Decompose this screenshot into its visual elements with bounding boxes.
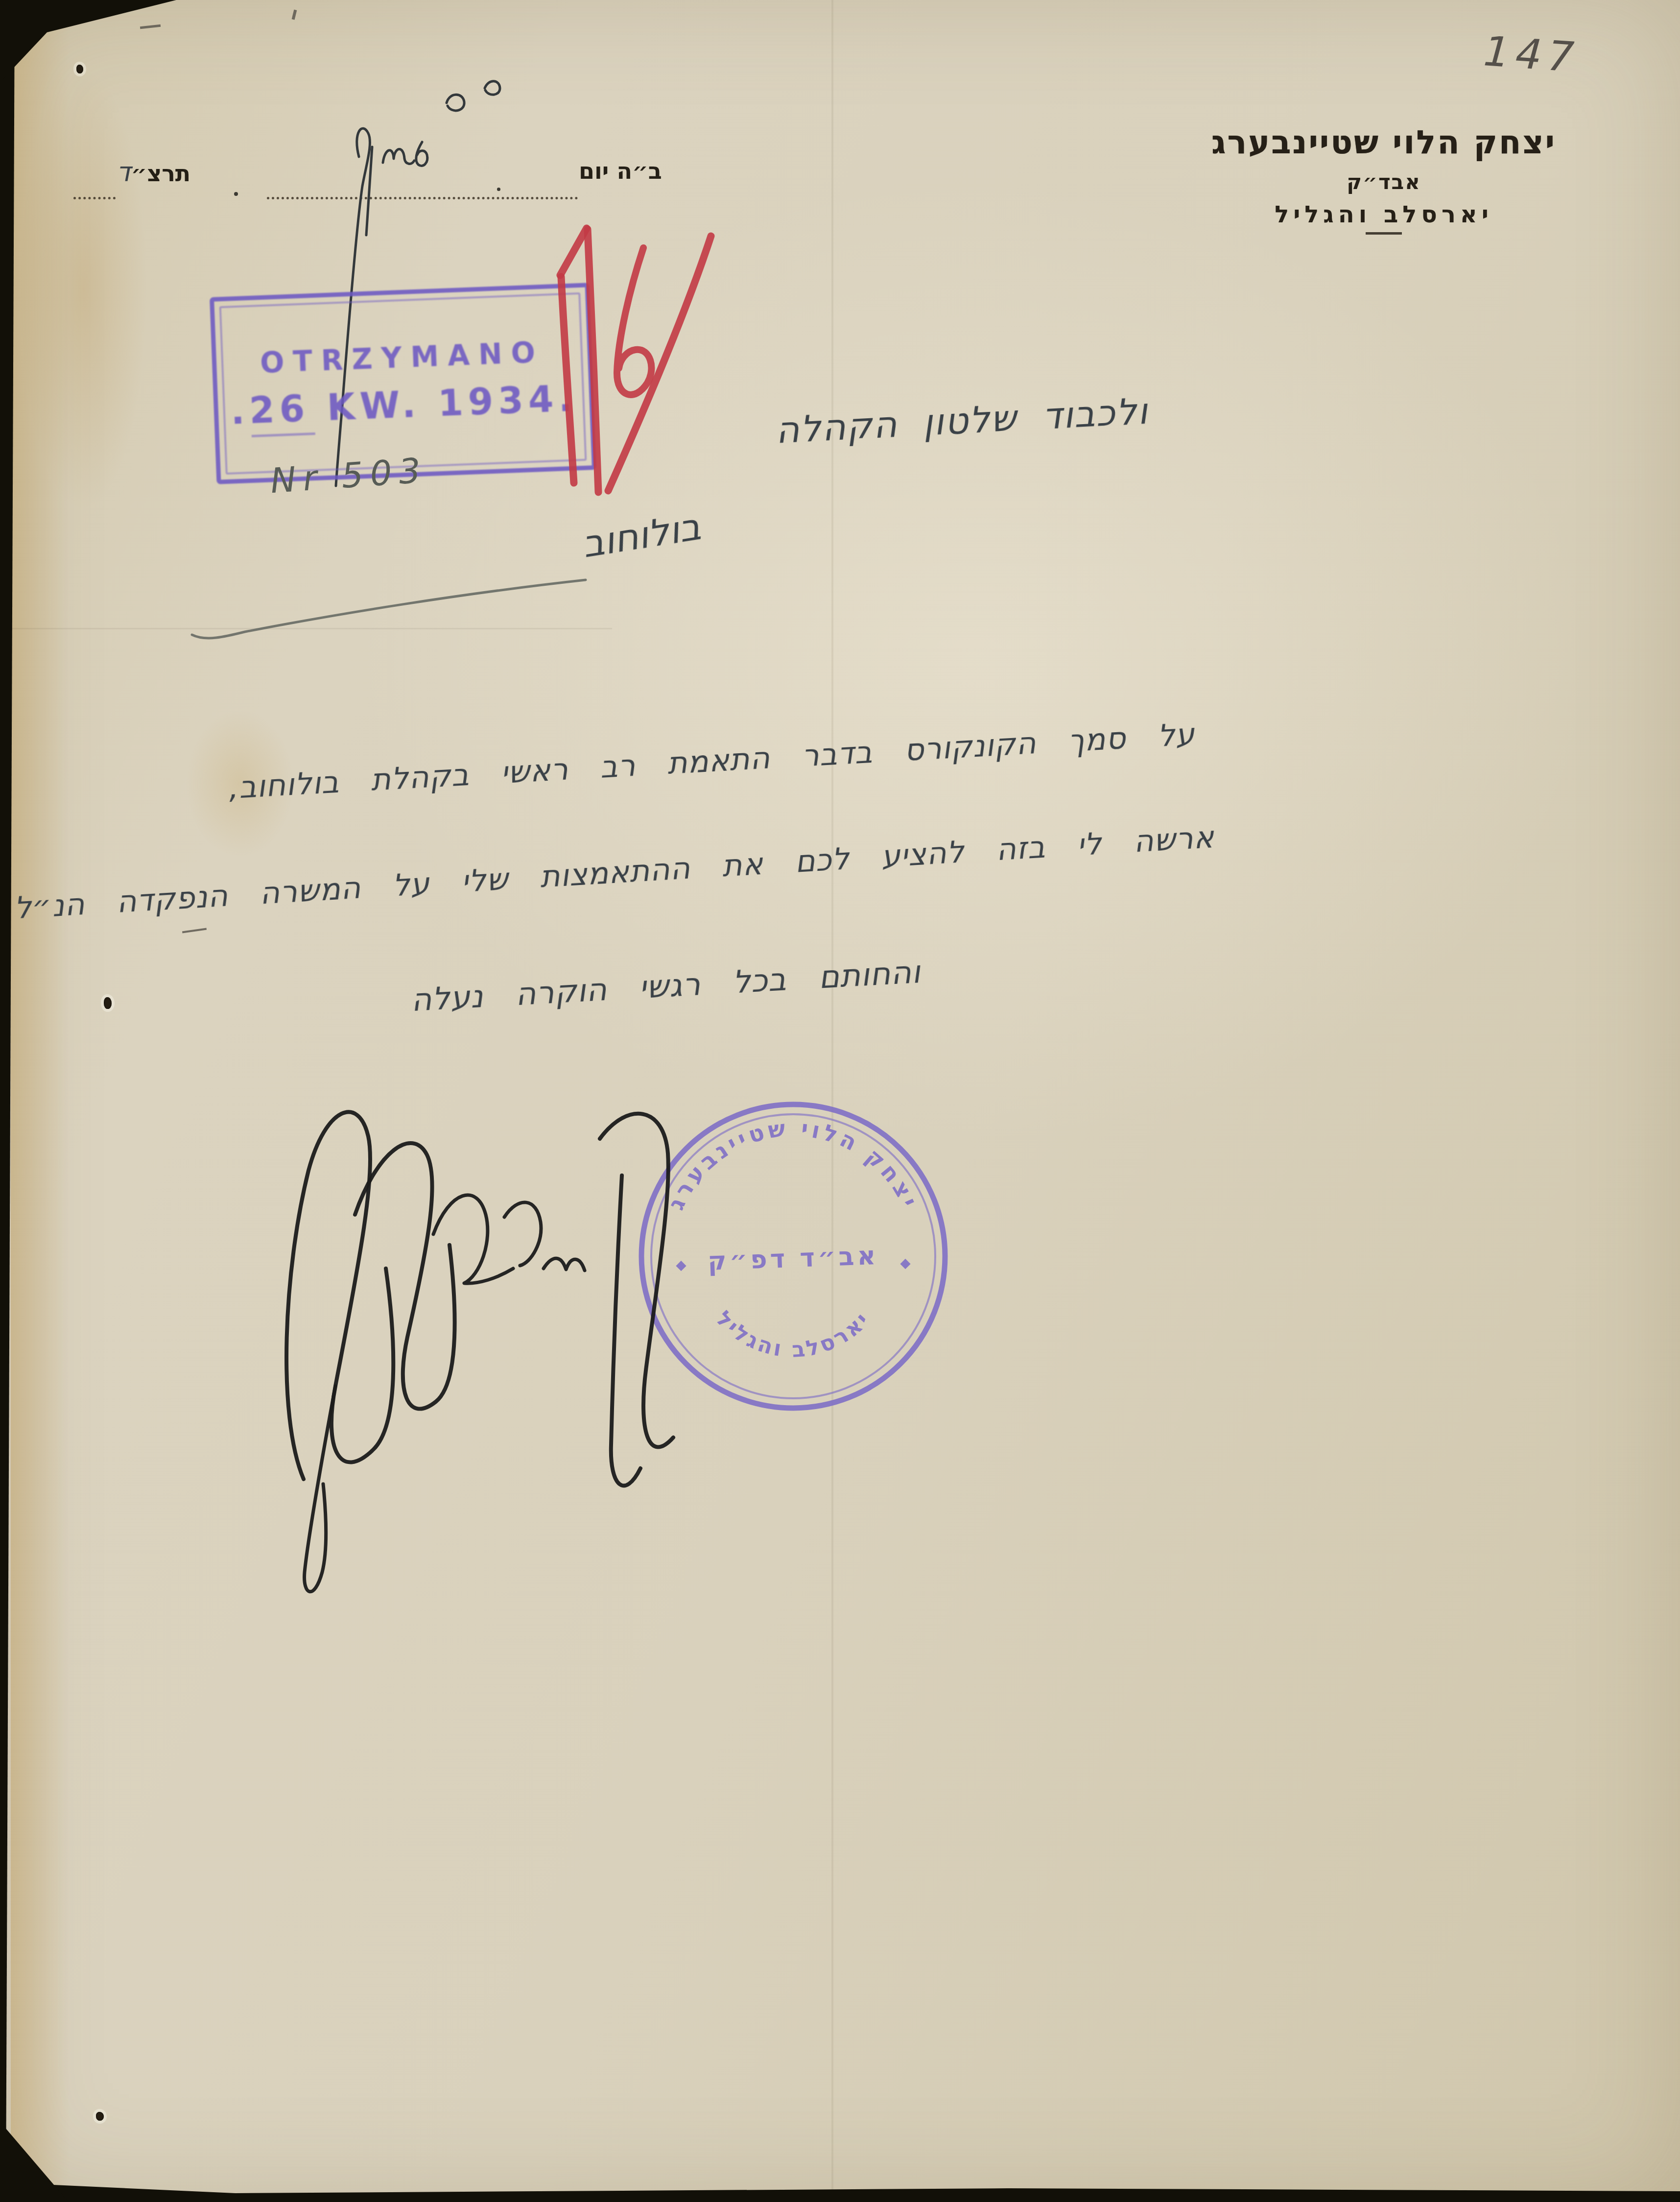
pencil-mark [182, 928, 207, 933]
body-line-1: על סמך הקונקורס בדבר התאמת רב ראשי בקהלת… [228, 716, 1196, 806]
pencil-mark [140, 24, 161, 29]
received-stamp-date: .26 KW. 1934. [230, 377, 578, 432]
pencil-mark [292, 10, 297, 20]
letterhead: יצחק הלוי שטיינבערג אבד״ק יארסלב והגליל [1185, 123, 1582, 235]
punch-hole [104, 997, 112, 1009]
letterhead-title-abbr: אבד״ק [1347, 170, 1421, 194]
round-stamp-arc-top: יצחק הלוי שטיינבערג [663, 1115, 924, 1214]
paper-speck [497, 188, 500, 191]
round-stamp-separator-right [900, 1259, 910, 1269]
year-printed: תרצ״ [131, 160, 190, 187]
letterhead-community: יארסלב והגליל [1275, 201, 1493, 228]
letterhead-name: יצחק הלוי שטיינבערג [1211, 123, 1556, 161]
year-line: תרצ״ד [117, 157, 190, 188]
addressee-line-1: ולכבוד שלטון הקהלה [775, 390, 1150, 452]
svg-text:יארסלב והגליל: יארסלב והגליל [711, 1306, 876, 1363]
body-line-3: והחותם בכל רגשי הוקרה נעלה [410, 954, 922, 1019]
round-stamp-arc-bottom: יארסלב והגליל [711, 1306, 876, 1363]
addressee-line-2: בולוחוב [579, 505, 704, 567]
received-stamp-underline [252, 432, 315, 437]
date-line-prefix: ב״ה יום [579, 158, 662, 184]
registry-underline [186, 563, 592, 646]
year-handwritten-letter: ד [117, 157, 131, 188]
date-dotted-leader-left [73, 197, 116, 199]
paper-speck [234, 192, 238, 196]
red-crayon-number [539, 211, 744, 504]
signature [230, 1073, 690, 1621]
received-stamp-word: OTRZYMANO [260, 335, 544, 380]
paper-sheet: יצחק הלוי שטיינבערג אבד״ק יארסלב והגליל … [0, 0, 1680, 2202]
scanned-letter: יצחק הלוי שטיינבערג אבד״ק יארסלב והגליל … [0, 0, 1680, 2202]
letterhead-underline [1366, 232, 1402, 235]
paper-stain [20, 69, 147, 509]
punch-hole [76, 65, 83, 73]
round-stamp-center: אב״ד דפ״ק [707, 1241, 879, 1276]
svg-text:יצחק הלוי שטיינבערג: יצחק הלוי שטיינבערג [663, 1115, 924, 1214]
page-number-pencil: 147 [1482, 27, 1582, 81]
punch-hole [96, 2112, 104, 2121]
body-line-2: ארשה לי בזה להציע לכם את ההתאמצות שלי על… [3, 819, 1216, 927]
